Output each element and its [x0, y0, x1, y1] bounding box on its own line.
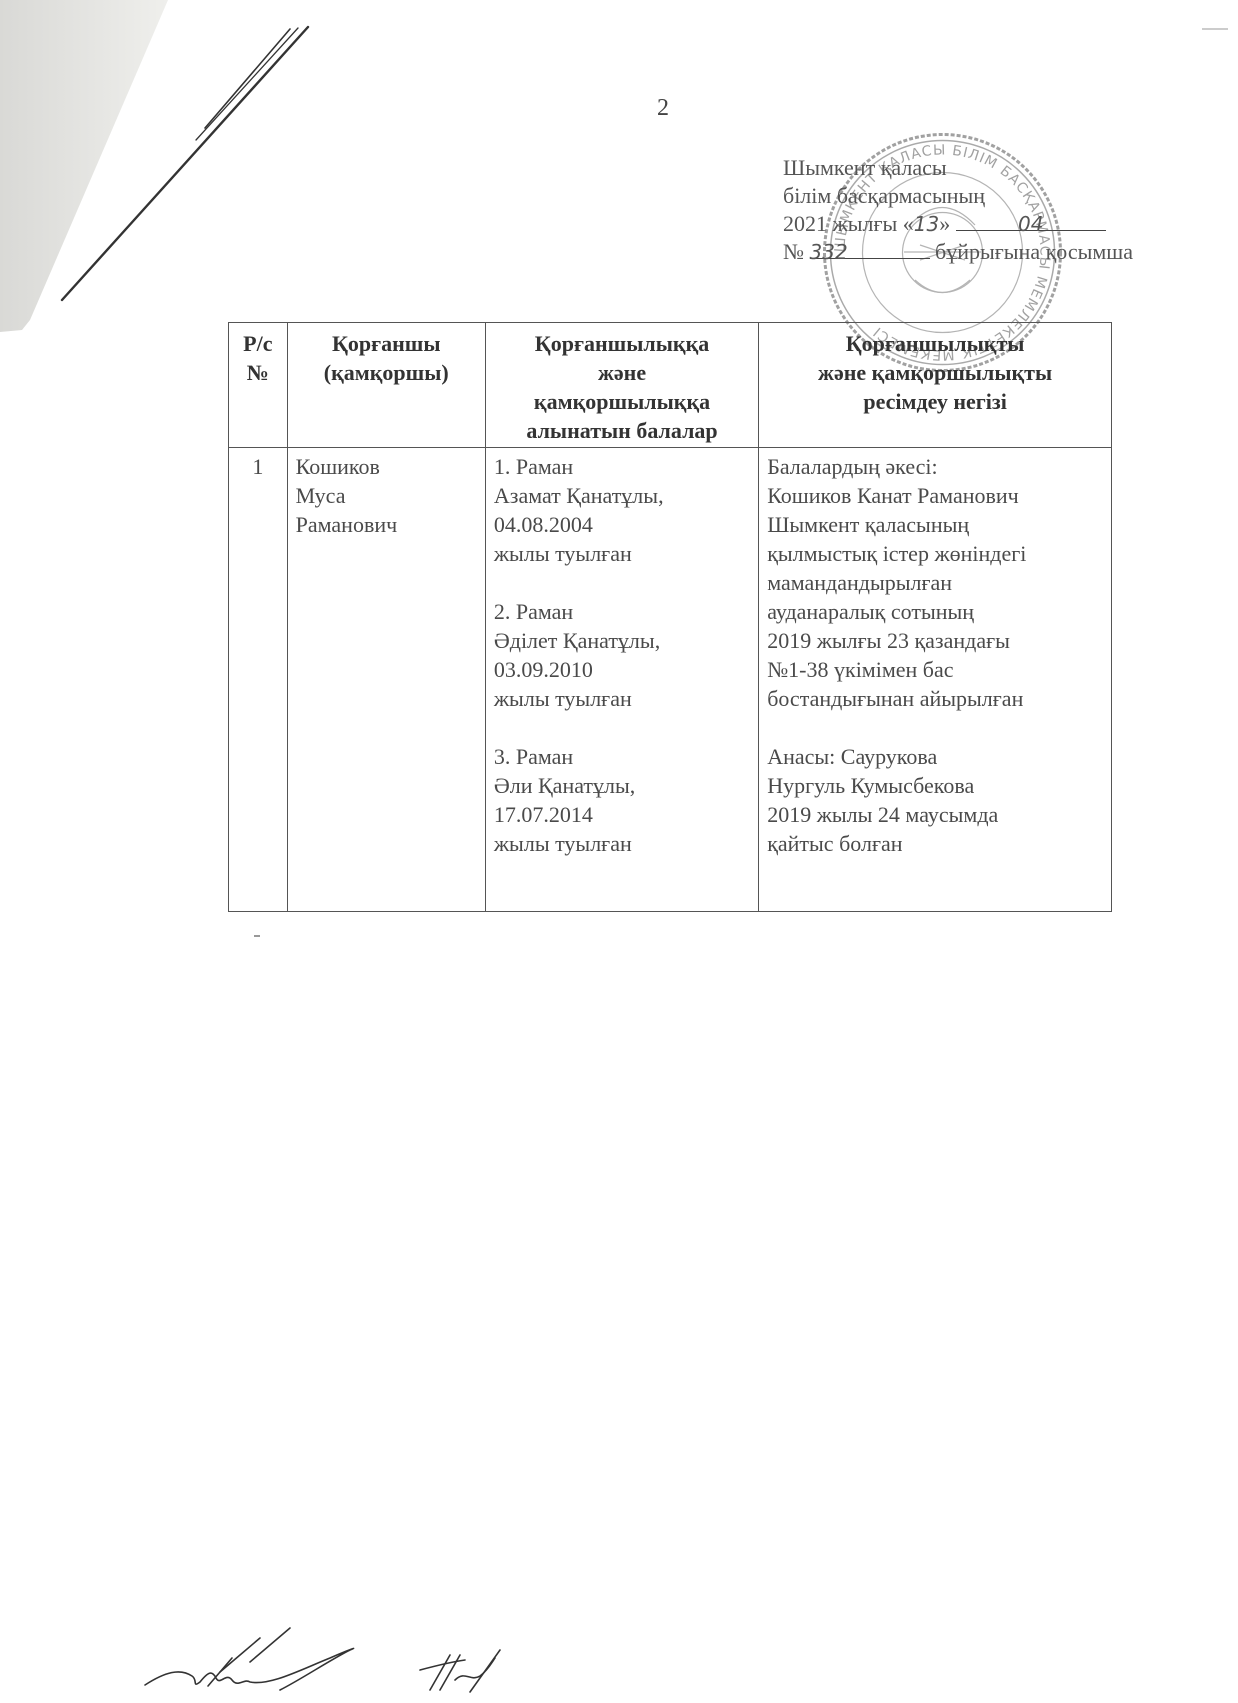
header-row-number: Р/с №	[229, 323, 288, 448]
signatures	[120, 1600, 540, 1700]
appendix-line-dept: білім басқармасының	[783, 182, 1133, 210]
appendix-line-city: Шымкент қаласы	[783, 154, 1133, 182]
guardianship-table: Р/с № Қорғаншы (қамқоршы) Қорғаншылыққа …	[228, 322, 1112, 912]
header-children: Қорғаншылыққа және қамқоршылыққа алынаты…	[485, 323, 758, 448]
appendix-note: Шымкент қаласы білім басқармасының 2021 …	[783, 154, 1133, 266]
cell-guardian: Кошиков Муса Раманович	[287, 448, 485, 912]
child-entry: 2. Раман Әділет Қанатұлы, 03.09.2010 жыл…	[494, 597, 750, 713]
appendix-line-date: 2021 жылғы «13» 04	[783, 210, 1133, 238]
cell-row-number: 1	[229, 448, 288, 912]
table-header-row: Р/с № Қорғаншы (қамқоршы) Қорғаншылыққа …	[229, 323, 1112, 448]
handwritten-day: 13	[914, 212, 939, 236]
appendix-line-order: № 332 бұйрығына қосымша	[783, 238, 1133, 266]
scan-artifact	[1202, 28, 1228, 30]
signature-icon	[145, 1628, 354, 1690]
initials-signature-icon	[420, 1650, 500, 1692]
basis-mother: Анасы: Саурукова Нургуль Кумысбекова 201…	[767, 742, 1103, 858]
cell-basis: Балалардың әкесі: Кошиков Канат Раманови…	[759, 448, 1112, 912]
child-entry: 1. Раман Азамат Қанатұлы, 04.08.2004 жыл…	[494, 452, 750, 568]
header-basis: Қорғаншылықты және қамқоршылықты ресімде…	[759, 323, 1112, 448]
table-row: 1 Кошиков Муса Раманович 1. Раман Азамат…	[229, 448, 1112, 912]
header-guardian: Қорғаншы (қамқоршы)	[287, 323, 485, 448]
page-number: 2	[657, 95, 669, 122]
pen-stroke	[62, 27, 308, 300]
child-entry: 3. Раман Әли Қанатұлы, 17.07.2014 жылы т…	[494, 742, 750, 858]
cell-children: 1. Раман Азамат Қанатұлы, 04.08.2004 жыл…	[485, 448, 758, 912]
scan-artifact	[254, 935, 260, 937]
handwritten-month: 04	[1018, 212, 1043, 236]
handwritten-order-number: 332	[810, 240, 848, 264]
basis-father: Балалардың әкесі: Кошиков Канат Раманови…	[767, 452, 1103, 713]
